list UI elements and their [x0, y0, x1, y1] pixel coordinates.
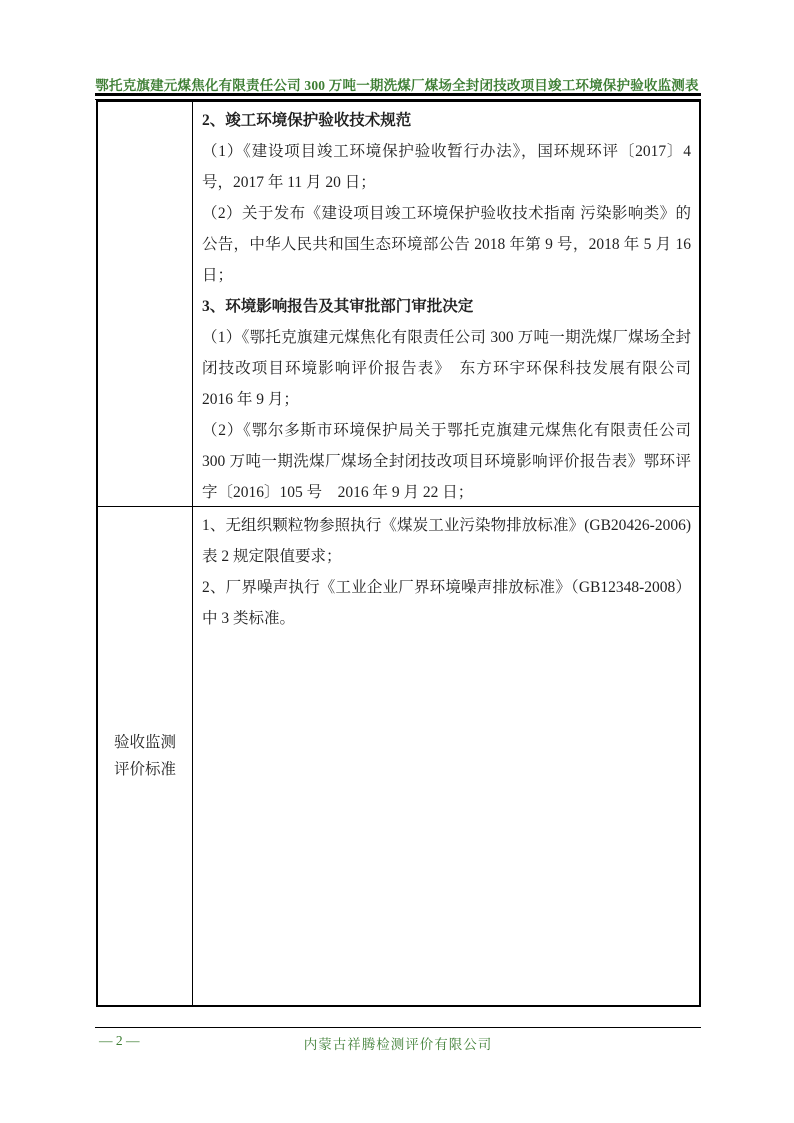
paragraph: （1）《鄂托克旗建元煤焦化有限责任公司 300 万吨一期洗煤厂煤场全封闭技改项目… — [202, 322, 691, 415]
header-divider-rule — [95, 93, 701, 100]
row1-content-cell: 2、竣工环境保护验收技术规范 （1）《建设项目竣工环境保护验收暂行办法》，国环规… — [193, 102, 699, 506]
row2-label-cell: 验收监测 评价标准 — [98, 507, 193, 1005]
paragraph: （2）《鄂尔多斯市环境保护局关于鄂托克旗建元煤焦化有限责任公司 300 万吨一期… — [202, 415, 691, 506]
paragraph: 1、无组织颗粒物参照执行《煤炭工业污染物排放标准》(GB20426-2006)表… — [202, 510, 691, 572]
footer-company-name: 内蒙古祥腾检测评价有限公司 — [95, 1033, 701, 1053]
paragraph: 2、厂界噪声执行《工业企业厂界环境噪声排放标准》（GB12348-2008）中 … — [202, 572, 691, 634]
row2-label-line2: 评价标准 — [114, 756, 176, 783]
paragraph: （1）《建设项目竣工环境保护验收暂行办法》，国环规环评〔2017〕4 号，201… — [202, 136, 691, 198]
document-page: 鄂托克旗建元煤焦化有限责任公司 300 万吨一期洗煤厂煤场全封闭技改项目竣工环境… — [0, 0, 794, 1123]
row2-content-cell: 1、无组织颗粒物参照执行《煤炭工业污染物排放标准》(GB20426-2006)表… — [193, 507, 699, 1005]
section-heading-2: 2、竣工环境保护验收技术规范 — [202, 105, 691, 136]
table-row: 验收监测 评价标准 1、无组织颗粒物参照执行《煤炭工业污染物排放标准》(GB20… — [98, 507, 699, 1005]
section-heading-3: 3、环境影响报告及其审批部门审批决定 — [202, 291, 691, 322]
page-header-title: 鄂托克旗建元煤焦化有限责任公司 300 万吨一期洗煤厂煤场全封闭技改项目竣工环境… — [0, 74, 794, 94]
row1-label-cell — [98, 102, 193, 506]
acceptance-monitoring-table: 2、竣工环境保护验收技术规范 （1）《建设项目竣工环境保护验收暂行办法》，国环规… — [96, 100, 701, 1007]
footer-divider-rule — [95, 1027, 701, 1028]
row2-label-line1: 验收监测 — [114, 729, 176, 756]
paragraph: （2）关于发布《建设项目竣工环境保护验收技术指南 污染影响类》的公告，中华人民共… — [202, 198, 691, 291]
table-row: 2、竣工环境保护验收技术规范 （1）《建设项目竣工环境保护验收暂行办法》，国环规… — [98, 102, 699, 507]
